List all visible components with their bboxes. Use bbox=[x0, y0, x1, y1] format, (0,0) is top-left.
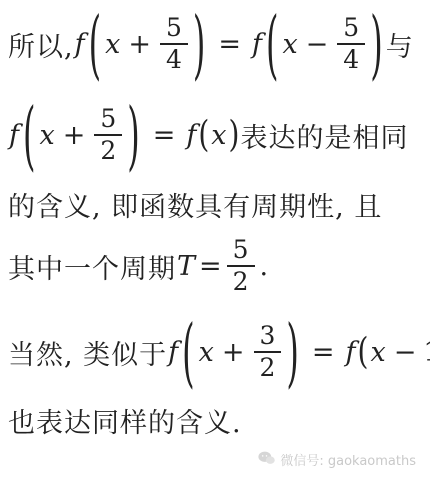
fraction-denominator: 2 bbox=[260, 353, 276, 381]
right-paren-small: ) bbox=[228, 117, 241, 153]
function-symbol: f bbox=[345, 337, 357, 368]
fraction-denominator: 4 bbox=[166, 45, 182, 73]
left-paren-big: ( bbox=[263, 6, 281, 81]
math-line-2: f ( x + 5 2 ) = f ( x ) 表达的是相同 bbox=[0, 88, 430, 182]
equals-sign: = bbox=[312, 337, 335, 368]
function-symbol: f bbox=[8, 120, 20, 151]
line1-lead: 所以, bbox=[8, 25, 74, 64]
plus-operator: + bbox=[222, 337, 245, 368]
watermark: 微信号: gaokaomaths bbox=[0, 442, 430, 476]
minus-operator: − bbox=[394, 337, 417, 368]
right-paren-big: ) bbox=[283, 314, 301, 389]
left-paren-big: ( bbox=[86, 6, 104, 81]
number-one: 1 bbox=[423, 337, 430, 368]
equals-sign: = bbox=[218, 29, 241, 60]
fraction-numerator: 5 bbox=[160, 15, 188, 45]
fraction-denominator: 2 bbox=[233, 267, 249, 295]
wechat-icon bbox=[258, 450, 275, 469]
equals-sign: = bbox=[153, 120, 176, 151]
fraction-numerator: 5 bbox=[94, 106, 122, 136]
watermark-label: 微信号: gaokaomaths bbox=[280, 450, 416, 469]
line2-tail: 表达的是相同 bbox=[240, 116, 408, 155]
left-paren-big: ( bbox=[179, 314, 197, 389]
left-paren-small: ( bbox=[357, 334, 370, 370]
variable-x: x bbox=[104, 29, 121, 60]
plus-operator: + bbox=[63, 120, 86, 151]
fraction-numerator: 3 bbox=[254, 323, 282, 353]
line5-lead: 当然, 类似于 bbox=[8, 333, 167, 372]
function-symbol: f bbox=[167, 337, 179, 368]
plus-operator: + bbox=[128, 29, 151, 60]
math-document: 所以, f ( x + 5 4 ) = f ( x − 5 4 ) 与 f ( … bbox=[0, 0, 430, 480]
period-mark: . bbox=[260, 251, 269, 282]
fraction: 5 4 bbox=[160, 15, 188, 74]
line1-tail: 与 bbox=[386, 25, 414, 64]
line6-text: 也表达同样的含义. bbox=[8, 401, 242, 440]
right-paren-big: ) bbox=[124, 97, 142, 172]
variable-x: x bbox=[198, 337, 215, 368]
function-symbol: f bbox=[74, 29, 86, 60]
math-line-5: 当然, 类似于 f ( x + 3 2 ) = f ( x − 1 ) bbox=[0, 306, 430, 398]
fraction: 5 2 bbox=[227, 237, 255, 296]
math-line-1: 所以, f ( x + 5 4 ) = f ( x − 5 4 ) 与 bbox=[0, 0, 430, 88]
right-paren-big: ) bbox=[190, 6, 208, 81]
line4-lead: 其中一个周期 bbox=[8, 247, 176, 286]
function-symbol: f bbox=[185, 120, 197, 151]
variable-x: x bbox=[369, 337, 386, 368]
variable-x: x bbox=[281, 29, 298, 60]
function-symbol: f bbox=[251, 29, 263, 60]
text-line-3: 的含义, 即函数具有周期性, 且 bbox=[0, 182, 430, 226]
variable-x: x bbox=[38, 120, 55, 151]
fraction-numerator: 5 bbox=[227, 237, 255, 267]
left-paren-big: ( bbox=[20, 97, 38, 172]
left-paren-small: ( bbox=[197, 117, 210, 153]
minus-operator: − bbox=[306, 29, 329, 60]
fraction: 3 2 bbox=[254, 323, 282, 382]
math-line-4: 其中一个周期 T = 5 2 . bbox=[0, 226, 430, 306]
variable-x: x bbox=[210, 120, 227, 151]
text-line-6: 也表达同样的含义. bbox=[0, 398, 430, 442]
fraction-denominator: 2 bbox=[100, 136, 116, 164]
period-symbol-T: T bbox=[176, 251, 196, 282]
line3-text: 的含义, 即函数具有周期性, 且 bbox=[8, 185, 382, 224]
equals-sign: = bbox=[199, 251, 222, 282]
fraction: 5 4 bbox=[337, 15, 365, 74]
fraction: 5 2 bbox=[94, 106, 122, 165]
fraction-numerator: 5 bbox=[337, 15, 365, 45]
right-paren-big: ) bbox=[367, 6, 385, 81]
fraction-denominator: 4 bbox=[343, 45, 359, 73]
